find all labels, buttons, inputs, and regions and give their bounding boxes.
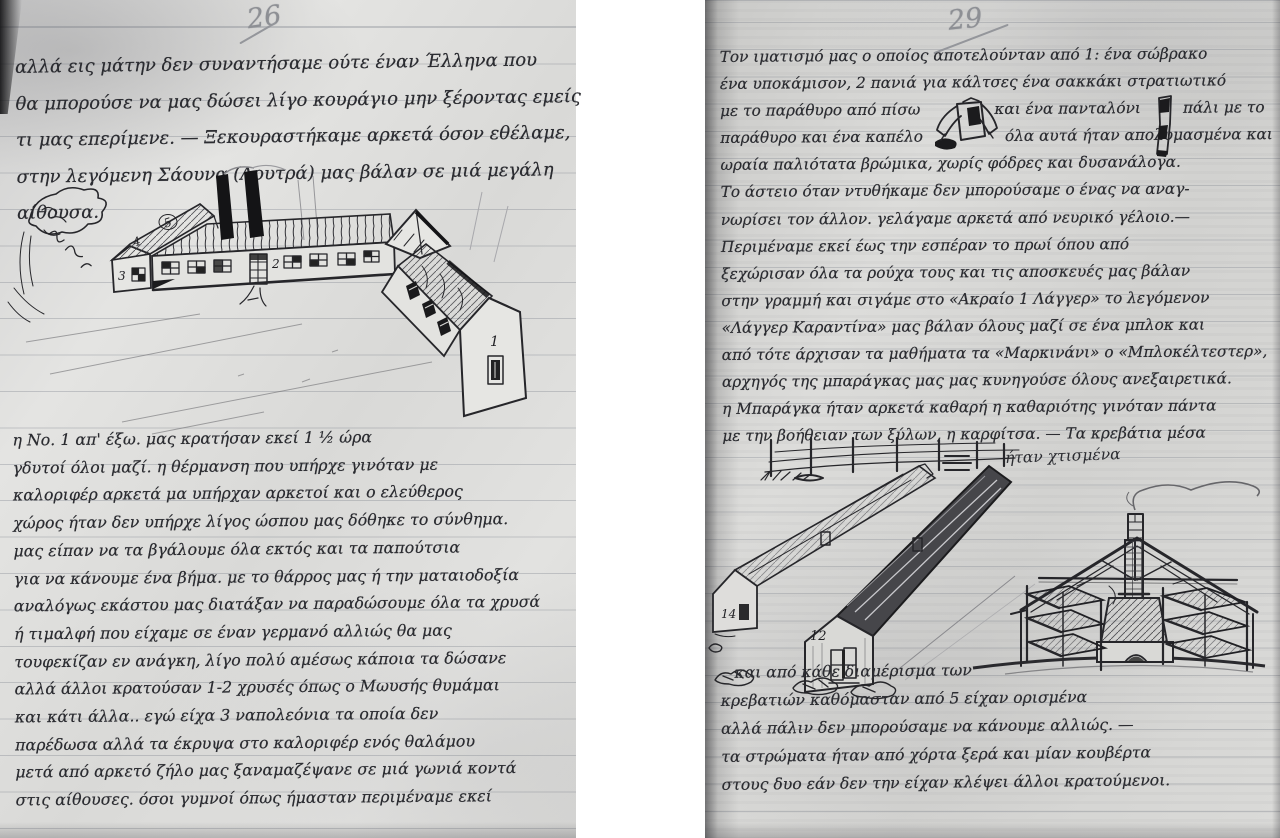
barrack-interior-cross-section bbox=[973, 482, 1265, 674]
page-bottom-shadow bbox=[705, 822, 1280, 838]
handwritten-line: η Μπαράγκα ήταν αρκετά καθαρή η καθαριότ… bbox=[722, 392, 1278, 423]
right-bottom-paragraph: και από κάθε διαμέρισμα των κρεβατιών κα… bbox=[720, 653, 1277, 799]
handwritten-line: αναλόγως εκάστου μας διατάξαν να παραδώσ… bbox=[14, 588, 572, 621]
page-bottom-shadow bbox=[0, 822, 576, 838]
handwritten-line: αλλά άλλοι κρατούσαν 1-2 χρυσές όπως ο Μ… bbox=[14, 671, 572, 704]
crematorium-building-sketch: 3 4 5 2 1 bbox=[2, 166, 482, 442]
label-14: 14 bbox=[721, 607, 736, 621]
handwritten-line: Τον ιματισμό μας ο οποίος αποτελούνταν α… bbox=[720, 40, 1276, 71]
label-3: 3 bbox=[118, 269, 126, 283]
jacket-sketch bbox=[931, 96, 1001, 154]
handwritten-line: αρχηγός της μπαράγκας μας μας κυνηγούσε … bbox=[722, 365, 1278, 396]
handwritten-line: Περιμέναμε εκεί έως την εσπέραν το πρωί … bbox=[721, 230, 1277, 261]
trouser-foot bbox=[1157, 150, 1168, 157]
left-bottom-paragraph: η Νο. 1 απ' έξω. μας κρατήσαν εκεί 1 ½ ώ… bbox=[12, 422, 573, 815]
barbed-wire-fence bbox=[765, 438, 1019, 476]
two-page-diary-scan: 26 αλλά εις μάτην δεν συναντήσαμε ούτε έ… bbox=[0, 0, 1280, 838]
handwritten-line: ξεχώρισαν όλα τα ρούχα τους και τις αποσ… bbox=[721, 257, 1277, 288]
ground-perspective-lines bbox=[26, 314, 432, 434]
handwritten-line: στους δυο εάν δεν την είχαν κλέψει άλλοι… bbox=[721, 765, 1277, 799]
smoke bbox=[1133, 482, 1259, 510]
label-2: 2 bbox=[271, 257, 280, 271]
handwritten-line: από τότε άρχισαν τα μαθήματα τα «Μαρκινά… bbox=[722, 338, 1278, 369]
right-page: 29 Τον ιματισμό μας ο οποίος αποτελούντα… bbox=[705, 0, 1280, 838]
handwritten-line: στην γραμμή και σιγάμε στο «Ακραίο 1 Λάγ… bbox=[721, 284, 1277, 315]
painted-window-patch bbox=[967, 106, 981, 126]
handwritten-line: στις αίθουσες. όσοι γυμνοί όπως ήμασταν … bbox=[15, 782, 573, 815]
handwritten-line: Το άστειο όταν ντυθήκαμε δεν μπορούσαμε … bbox=[721, 176, 1277, 207]
handwritten-line: ένα υποκάμισον, 2 πανιά για κάλτσες ένα … bbox=[720, 67, 1276, 98]
door-steps bbox=[240, 286, 266, 306]
painted-stripe bbox=[1158, 125, 1168, 139]
handwritten-line: «Λάγγερ Καραντίνα» μας βάλαν όλους μαζί … bbox=[721, 311, 1277, 342]
painted-stripe bbox=[1159, 98, 1170, 113]
shoe-blob bbox=[935, 138, 957, 149]
right-page-number: 29 bbox=[946, 2, 983, 36]
handwritten-line: νωρίσει τον άλλον. γελάγαμε αρκετά από ν… bbox=[721, 203, 1277, 234]
label-1: 1 bbox=[490, 334, 499, 350]
handwritten-line: χώρος ήταν δεν υπήρχε λίγος ώσπου μας δό… bbox=[13, 505, 571, 538]
trouser-sketch bbox=[1151, 94, 1177, 158]
left-page: 26 αλλά εις μάτην δεν συναντήσαμε ούτε έ… bbox=[0, 0, 576, 838]
tree-scribble bbox=[8, 188, 106, 322]
label-12: 12 bbox=[810, 629, 827, 644]
barrack-14: 14 bbox=[713, 464, 935, 637]
